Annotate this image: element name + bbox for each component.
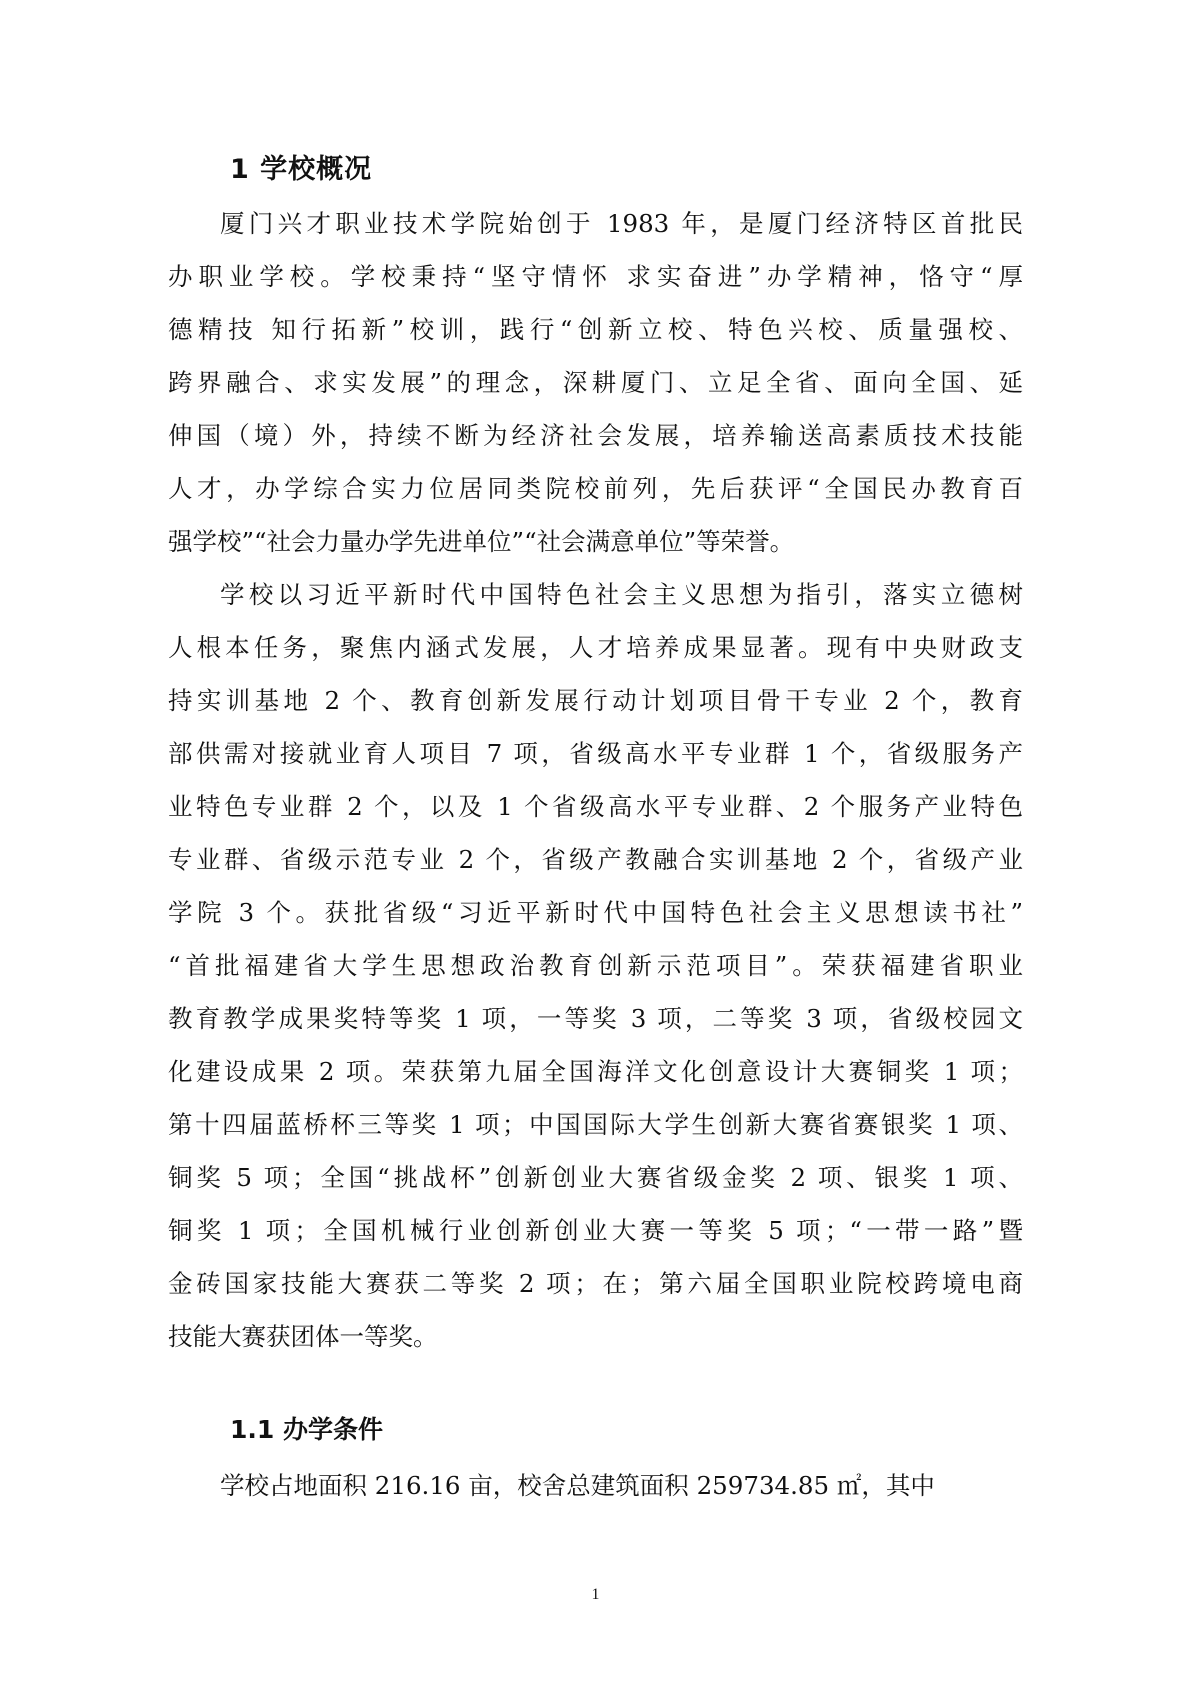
paragraph-line: 铜奖 5 项；全国“挑战杯”创新创业大赛省级金奖 2 项、银奖 1 项、 [168,1158,1023,1198]
paragraph-line: 厦门兴才职业技术学院始创于 1983 年，是厦门经济特区首批民 [220,204,1023,244]
subsection-heading: 1.1 办学条件 [230,1410,383,1450]
section-heading: 1 学校概况 [230,150,372,190]
paragraph-line: 技能大赛获团体一等奖。 [168,1317,1023,1357]
paragraph-line: 跨界融合、求实发展”的理念，深耕厦门、立足全省、面向全国、延 [168,363,1023,403]
paragraph-line: 人根本任务，聚焦内涵式发展，人才培养成果显著。现有中央财政支 [168,628,1023,668]
paragraph-line: 业特色专业群 2 个，以及 1 个省级高水平专业群、2 个服务产业特色 [168,787,1023,827]
paragraph-line: 铜奖 1 项；全国机械行业创新创业大赛一等奖 5 项；“一带一路”暨 [168,1211,1023,1251]
paragraph-line: 第十四届蓝桥杯三等奖 1 项；中国国际大学生创新大赛省赛银奖 1 项、 [168,1105,1023,1145]
paragraph-line: 学校占地面积 216.16 亩，校舍总建筑面积 259734.85 ㎡，其中 [220,1466,1023,1506]
paragraph-line: 办职业学校。学校秉持“坚守情怀 求实奋进”办学精神，恪守“厚 [168,257,1023,297]
paragraph-line: 人才，办学综合实力位居同类院校前列，先后获评“全国民办教育百 [168,469,1023,509]
paragraph-line: 化建设成果 2 项。荣获第九届全国海洋文化创意设计大赛铜奖 1 项； [168,1052,1023,1092]
paragraph-line: 教育教学成果奖特等奖 1 项，一等奖 3 项，二等奖 3 项，省级校园文 [168,999,1023,1039]
paragraph-line: 部供需对接就业育人项目 7 项，省级高水平专业群 1 个，省级服务产 [168,734,1023,774]
paragraph-line: 金砖国家技能大赛获二等奖 2 项；在；第六届全国职业院校跨境电商 [168,1264,1023,1304]
paragraph-line: 德精技 知行拓新”校训，践行“创新立校、特色兴校、质量强校、 [168,310,1023,350]
paragraph-line: “首批福建省大学生思想政治教育创新示范项目”。荣获福建省职业 [168,946,1023,986]
page-number: 1 [0,1586,1191,1604]
paragraph-line: 伸国（境）外，持续不断为经济社会发展，培养输送高素质技术技能 [168,416,1023,456]
paragraph-line: 强学校”“社会力量办学先进单位”“社会满意单位”等荣誉。 [168,522,1023,562]
paragraph-line: 学校以习近平新时代中国特色社会主义思想为指引，落实立德树 [220,575,1023,615]
paragraph-line: 持实训基地 2 个、教育创新发展行动计划项目骨干专业 2 个，教育 [168,681,1023,721]
paragraph-line: 专业群、省级示范专业 2 个，省级产教融合实训基地 2 个，省级产业 [168,840,1023,880]
paragraph-line: 学院 3 个。获批省级“习近平新时代中国特色社会主义思想读书社” [168,893,1023,933]
document-page: 1 学校概况 厦门兴才职业技术学院始创于 1983 年，是厦门经济特区首批民 办… [0,0,1191,1684]
